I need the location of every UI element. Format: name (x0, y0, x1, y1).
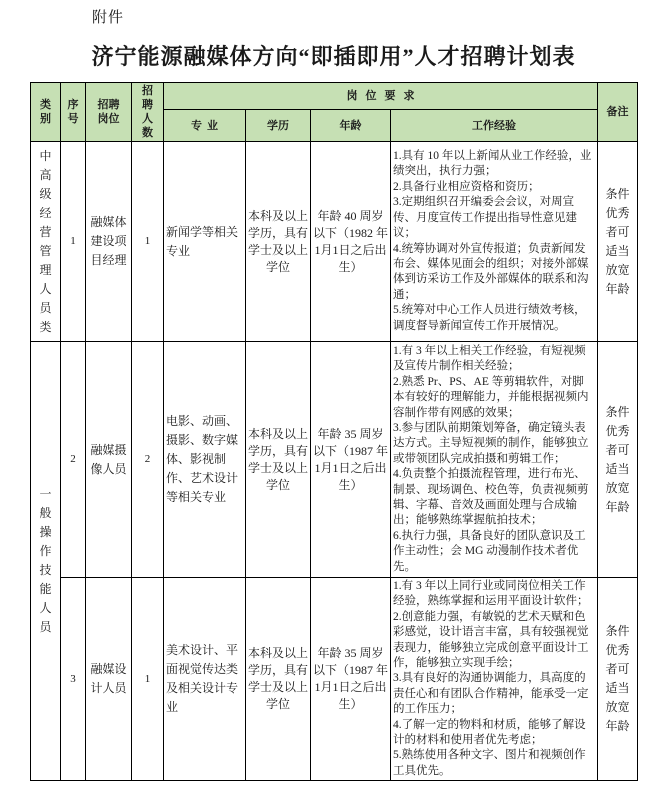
experience-cell: 1.有 3 年以上相关工作经验，有短视频及宣传片制作相关经验； 2.熟悉 Pr、… (391, 342, 598, 578)
experience-cell: 1.有 3 年以上同行业或同岗位相关工作经验，熟练掌握和运用平面设计软件； 2.… (391, 578, 598, 781)
category-cell-management: 中高级经营管理人员类 (31, 142, 61, 342)
col-header-category: 类别 (31, 83, 61, 142)
remark-cell: 条件优秀者可适当放宽年龄 (598, 342, 638, 578)
page-title: 济宁能源融媒体方向“即插即用”人才招聘计划表 (30, 40, 637, 71)
col-header-education: 学历 (246, 110, 311, 142)
attachment-label: 附件 (92, 6, 124, 27)
major-cell: 电影、动画、摄影、数字媒体、影视制作、艺术设计等相关专业 (164, 342, 246, 578)
position-cell: 融媒摄像人员 (86, 342, 132, 578)
col-header-requirements: 岗位要求 (164, 83, 598, 110)
recruitment-table: 类别 序号 招聘岗位 招聘人数 岗位要求 备注 专业 学历 年龄 工作经验 中高… (30, 82, 638, 781)
table-row-2: 一般操作技能人员 2 融媒摄像人员 2 电影、动画、摄影、数字媒体、影视制作、艺… (31, 342, 638, 578)
header-row-1: 类别 序号 招聘岗位 招聘人数 岗位要求 备注 (31, 83, 638, 110)
experience-cell: 1.具有 10 年以上新闻从业工作经验，业绩突出，执行力强； 2.具备行业相应资… (391, 142, 598, 342)
seq-cell: 1 (61, 142, 86, 342)
table-row-3: 3 融媒设计人员 1 美术设计、平面视觉传达类及相关设计专业 本科及以上学历，具… (31, 578, 638, 781)
seq-cell: 2 (61, 342, 86, 578)
count-cell: 1 (132, 142, 164, 342)
position-cell: 融媒体建设项目经理 (86, 142, 132, 342)
major-cell: 美术设计、平面视觉传达类及相关设计专业 (164, 578, 246, 781)
age-cell: 年龄 35 周岁以下（1987 年1月1日之后出生） (311, 578, 391, 781)
table-row-1: 中高级经营管理人员类 1 融媒体建设项目经理 1 新闻学等相关专业 本科及以上学… (31, 142, 638, 342)
col-header-major: 专业 (164, 110, 246, 142)
count-cell: 1 (132, 578, 164, 781)
count-cell: 2 (132, 342, 164, 578)
age-cell: 年龄 40 周岁以下（1982 年1月1日之后出生） (311, 142, 391, 342)
remark-cell: 条件优秀者可适当放宽年龄 (598, 142, 638, 342)
col-header-age: 年龄 (311, 110, 391, 142)
major-cell: 新闻学等相关专业 (164, 142, 246, 342)
category-cell-operations: 一般操作技能人员 (31, 342, 61, 781)
education-cell: 本科及以上学历，具有学士及以上学位 (246, 342, 311, 578)
document-page: 附件 济宁能源融媒体方向“即插即用”人才招聘计划表 类别 序号 招聘岗位 招聘人… (0, 0, 667, 811)
position-cell: 融媒设计人员 (86, 578, 132, 781)
col-header-seq: 序号 (61, 83, 86, 142)
age-cell: 年龄 35 周岁以下（1987 年1月1日之后出生） (311, 342, 391, 578)
remark-cell: 条件优秀者可适当放宽年龄 (598, 578, 638, 781)
col-header-experience: 工作经验 (391, 110, 598, 142)
education-cell: 本科及以上学历，具有学士及以上学位 (246, 142, 311, 342)
col-header-count: 招聘人数 (132, 83, 164, 142)
col-header-position: 招聘岗位 (86, 83, 132, 142)
education-cell: 本科及以上学历，具有学士及以上学位 (246, 578, 311, 781)
seq-cell: 3 (61, 578, 86, 781)
col-header-remark: 备注 (598, 83, 638, 142)
